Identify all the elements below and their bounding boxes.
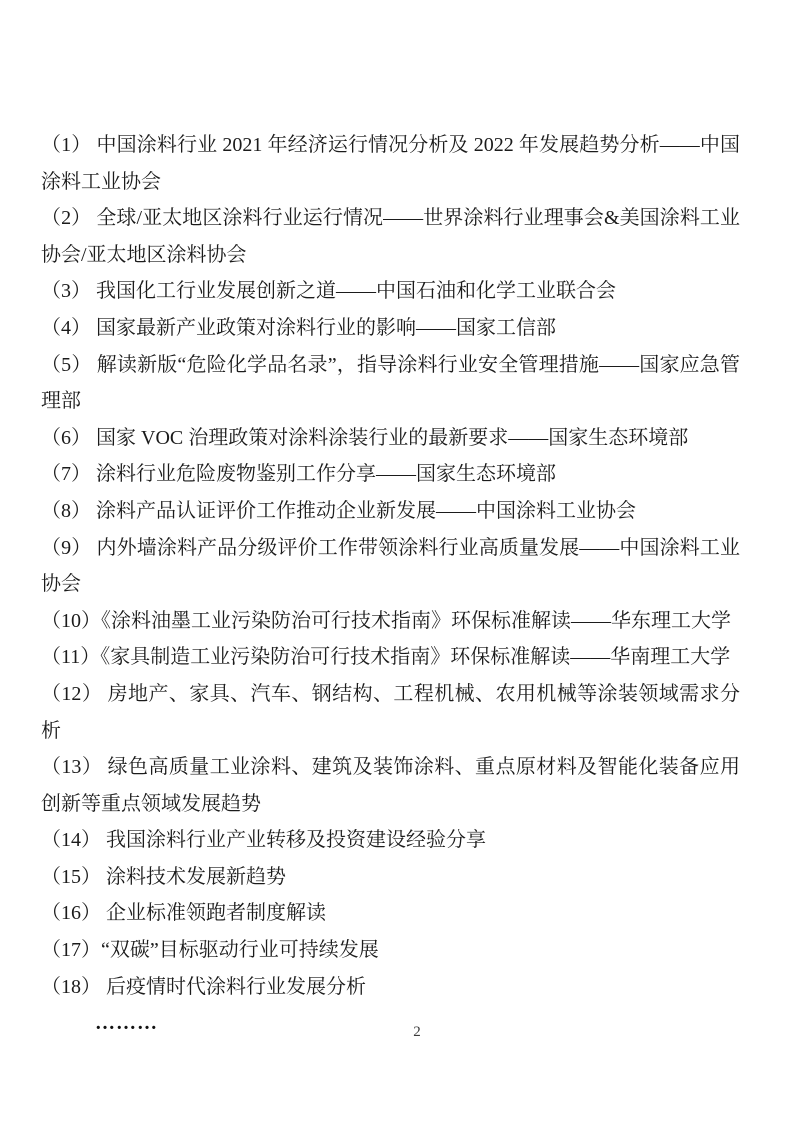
list-item: （5） 解读新版“危险化学品名录”，指导涂料行业安全管理措施——国家应急管理部 <box>41 347 740 420</box>
list-item: （13） 绿色高质量工业涂料、建筑及装饰涂料、重点原材料及智能化装备应用创新等重… <box>41 749 740 822</box>
list-item: （14） 我国涂料行业产业转移及投资建设经验分享 <box>41 822 740 859</box>
list-item: （3） 我国化工行业发展创新之道——中国石油和化学工业联合会 <box>41 273 740 310</box>
topic-list: （1） 中国涂料行业 2021 年经济运行情况分析及 2022 年发展趋势分析—… <box>41 127 740 1042</box>
list-item: （16） 企业标准领跑者制度解读 <box>41 895 740 932</box>
list-item: （18） 后疫情时代涂料行业发展分析 <box>41 969 740 1006</box>
document-page: （1） 中国涂料行业 2021 年经济运行情况分析及 2022 年发展趋势分析—… <box>0 0 800 1131</box>
list-item: （2） 全球/亚太地区涂料行业运行情况——世界涂料行业理事会&美国涂料工业协会/… <box>41 200 740 273</box>
list-item: （6） 国家 VOC 治理政策对涂料涂装行业的最新要求——国家生态环境部 <box>41 420 740 457</box>
list-item: （10）《涂料油墨工业污染防治可行技术指南》环保标准解读——华东理工大学 <box>41 603 740 640</box>
list-item: （9） 内外墙涂料产品分级评价工作带领涂料行业高质量发展——中国涂料工业协会 <box>41 530 740 603</box>
page-number: 2 <box>17 1022 800 1042</box>
list-item: （8） 涂料产品认证评价工作推动企业新发展——中国涂料工业协会 <box>41 493 740 530</box>
list-item: （11）《家具制造工业污染防治可行技术指南》环保标准解读——华南理工大学 <box>41 639 740 676</box>
list-item: （7） 涂料行业危险废物鉴别工作分享——国家生态环境部 <box>41 456 740 493</box>
list-item: （4） 国家最新产业政策对涂料行业的影响——国家工信部 <box>41 310 740 347</box>
list-item: （1） 中国涂料行业 2021 年经济运行情况分析及 2022 年发展趋势分析—… <box>41 127 740 200</box>
list-item: （17）“双碳”目标驱动行业可持续发展 <box>41 932 740 969</box>
list-item: （12） 房地产、家具、汽车、钢结构、工程机械、农用机械等涂装领域需求分析 <box>41 676 740 749</box>
list-item: （15） 涂料技术发展新趋势 <box>41 859 740 896</box>
